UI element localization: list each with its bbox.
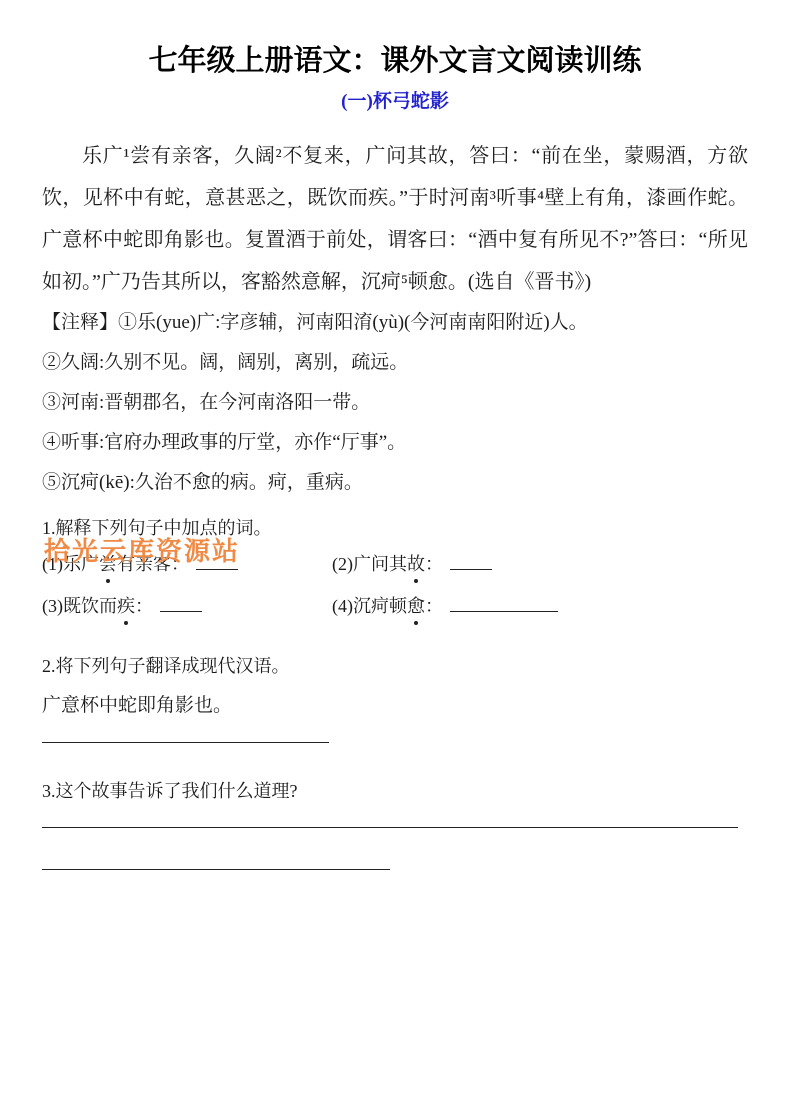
note-item-4: ④听事:官府办理政事的厅堂，亦作“厅事”。 [42, 423, 748, 463]
question-3-heading: 3.这个故事告诉了我们什么道理? [42, 776, 748, 806]
answer-line-translation [42, 742, 329, 743]
question-item-4-pre: (4)沉疴顿 [332, 596, 407, 616]
notes-section: 【注释】①乐(yue)广:字彦辅，河南阳淯(yù)(今河南南阳附近)人。 ②久阔… [42, 303, 748, 503]
worksheet-content: 七年级上册语文：课外文言文阅读训练 (一)杯弓蛇影 乐广¹尝有亲客，久阔²不复来… [0, 42, 790, 870]
answer-blank-1 [196, 555, 238, 570]
question-item-3: (3)既饮而疾： [42, 585, 332, 627]
passage-text: 乐广¹尝有亲客，久阔²不复来，广问其故，答曰：“前在坐，蒙赐酒，方欲饮，见杯中有… [42, 135, 748, 303]
question-item-3-post: ： [135, 596, 153, 616]
question-item-1: (1)乐广尝有亲客： [42, 543, 332, 585]
question-1-row-b: (3)既饮而疾： (4)沉疴顿愈： [42, 585, 748, 627]
question-item-2: (2)广问其故： [332, 543, 748, 585]
question-1-heading: 1.解释下列句子中加点的词。 [42, 513, 748, 543]
section-subtitle: (一)杯弓蛇影 [42, 89, 748, 115]
question-item-3-pre: (3)既饮而 [42, 596, 117, 616]
note-item-5: ⑤沉疴(kē):久治不愈的病。疴，重病。 [42, 463, 748, 503]
note-item-2: ②久阔:久别不见。阔，阔别，离别，疏远。 [42, 343, 748, 383]
question-item-1-pre: (1)乐广 [42, 554, 99, 574]
translation-sentence: 广意杯中蛇即角影也。 [42, 691, 748, 721]
answer-blank-3 [160, 597, 202, 612]
question-item-3-dotted-char: 疾 [117, 585, 135, 627]
answer-line-half [42, 869, 390, 870]
note-item-3: ③河南:晋朝郡名，在今河南洛阳一带。 [42, 383, 748, 423]
question-item-4-post: ： [425, 596, 443, 616]
question-item-2-post: ： [425, 554, 443, 574]
answer-blank-4 [450, 597, 558, 612]
question-item-2-pre: (2)广问其 [332, 554, 407, 574]
question-item-4-dotted-char: 愈 [407, 585, 425, 627]
question-item-1-dotted-char: 尝 [99, 543, 117, 585]
note-item-1: 【注释】①乐(yue)广:字彦辅，河南阳淯(yù)(今河南南阳附近)人。 [42, 303, 748, 343]
question-item-4: (4)沉疴顿愈： [332, 585, 748, 627]
question-1-row-a: (1)乐广尝有亲客： (2)广问其故： [42, 543, 748, 585]
worksheet-page: 七年级上册语文：课外文言文阅读训练 (一)杯弓蛇影 乐广¹尝有亲客，久阔²不复来… [0, 0, 790, 1118]
question-2-heading: 2.将下列句子翻译成现代汉语。 [42, 651, 748, 681]
page-title: 七年级上册语文：课外文言文阅读训练 [42, 42, 748, 80]
question-item-2-dotted-char: 故 [407, 543, 425, 585]
answer-blank-2 [450, 555, 492, 570]
answer-line-full [42, 827, 738, 828]
question-item-1-post: 有亲客： [117, 554, 189, 574]
